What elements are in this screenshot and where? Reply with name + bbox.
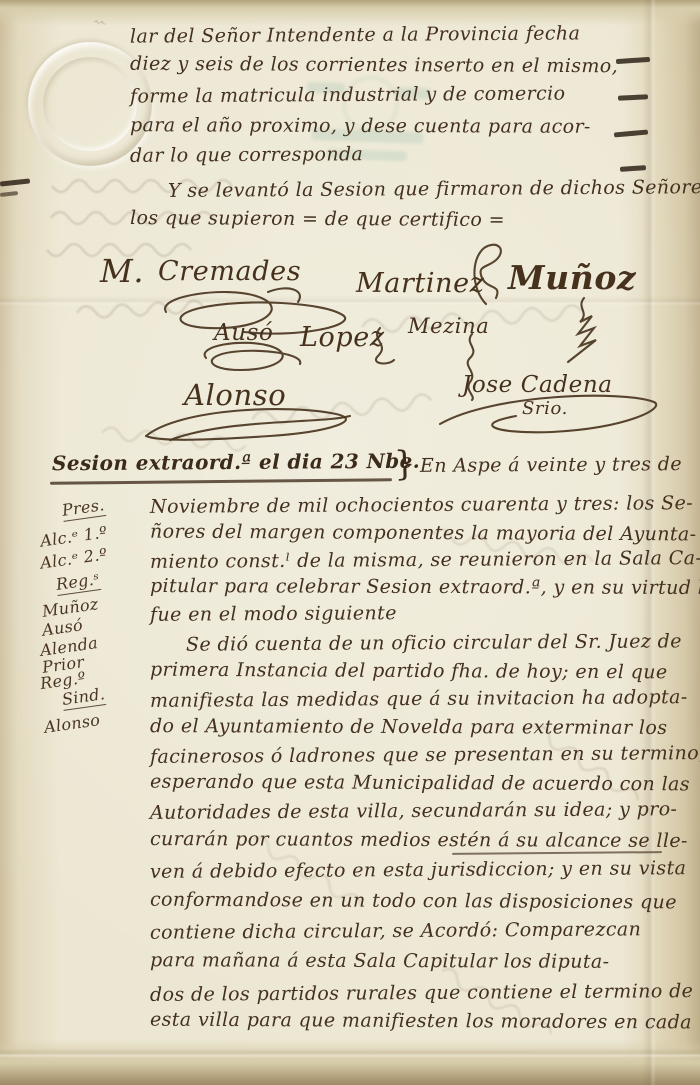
manuscript-line: los que supieron = de que certifico = (130, 207, 505, 231)
text-underline (452, 851, 662, 855)
manuscript-line: Autoridades de esta villa, secundarán su… (150, 798, 677, 824)
ink-dash (0, 191, 18, 197)
manuscript-line: para el año proximo, y dese cuenta para … (130, 114, 591, 138)
manuscript-line: forme la matricula industrial y de comer… (130, 82, 566, 107)
manuscript-line: En Aspe á veinte y tres de (420, 453, 682, 477)
margin-role: Pres. (61, 495, 106, 522)
signature-initial: M. (100, 252, 144, 290)
manuscript-line: esta villa para que manifiesten los mora… (150, 1009, 692, 1034)
manuscript-line: Y se levantó la Sesion que firmaron de d… (168, 176, 700, 202)
manuscript-line: lar del Señor Intendente a la Provincia … (130, 22, 580, 47)
signature-rubric (556, 296, 606, 370)
manuscript-page: ˞˞ lar del Señor Intendente a la Provinc… (0, 0, 700, 1085)
manuscript-line: ven á debido efecto en esta jurisdiccion… (150, 857, 686, 883)
manuscript-line: do el Ayuntamiento de Novelda para exter… (150, 715, 667, 739)
paper-edge-bottom (0, 1039, 700, 1085)
heading-underline (50, 478, 392, 484)
manuscript-line: contiene dicha circular, se Acordó: Comp… (150, 918, 641, 943)
manuscript-line: conformandose en un todo con las disposi… (150, 889, 677, 914)
manuscript-line: curarán por cuantos medios estén á su al… (150, 828, 688, 852)
manuscript-line: Noviembre de mil ochocientos cuarenta y … (150, 492, 693, 518)
manuscript-line: dar lo que corresponda (130, 143, 363, 167)
session-heading: Sesion extraord.ª el dia 23 Nbe. (52, 449, 420, 476)
manuscript-line: ñores del margen componentes la mayoria … (150, 521, 697, 546)
manuscript-line: dos de los partidos rurales que contiene… (150, 980, 693, 1006)
manuscript-line: diez y seis de los corrientes inserto en… (130, 53, 618, 78)
signature-rubric (432, 388, 662, 442)
manuscript-line: miento const.ˡ de la misma, se reunieron… (150, 547, 700, 573)
signature-rubric (192, 336, 312, 384)
pencil-mark: ˞˞ (93, 15, 107, 32)
manuscript-line: facinerosos ó ladrones que se presentan … (150, 742, 700, 768)
signature-rubric (360, 326, 400, 376)
signature-munoz: Muñoz (508, 258, 636, 297)
margin-role: Reg.ˢ (55, 569, 101, 596)
manuscript-line: manifiesta las medidas que á su invitaci… (150, 686, 688, 712)
manuscript-line: Se dió cuenta de un oficio circular del … (186, 630, 682, 655)
signature-rubric (462, 240, 510, 314)
margin-role: Alonso (43, 710, 101, 737)
signature-rubric (140, 398, 370, 448)
manuscript-line: primera Instancia del partido fha. de ho… (150, 659, 668, 684)
manuscript-line: pitular para celebrar Sesion extraord.ª,… (150, 575, 700, 599)
paper-crease (0, 1048, 700, 1058)
manuscript-line: esperando que esta Municipalidad de acue… (150, 771, 690, 796)
manuscript-line: fue en el modo siguiente (150, 602, 397, 626)
margin-role: Sind. (61, 684, 107, 711)
embossed-seal-ring (43, 57, 137, 151)
manuscript-line: para mañana á esta Sala Capitular los di… (150, 949, 610, 973)
closing-brace: } (393, 444, 416, 485)
